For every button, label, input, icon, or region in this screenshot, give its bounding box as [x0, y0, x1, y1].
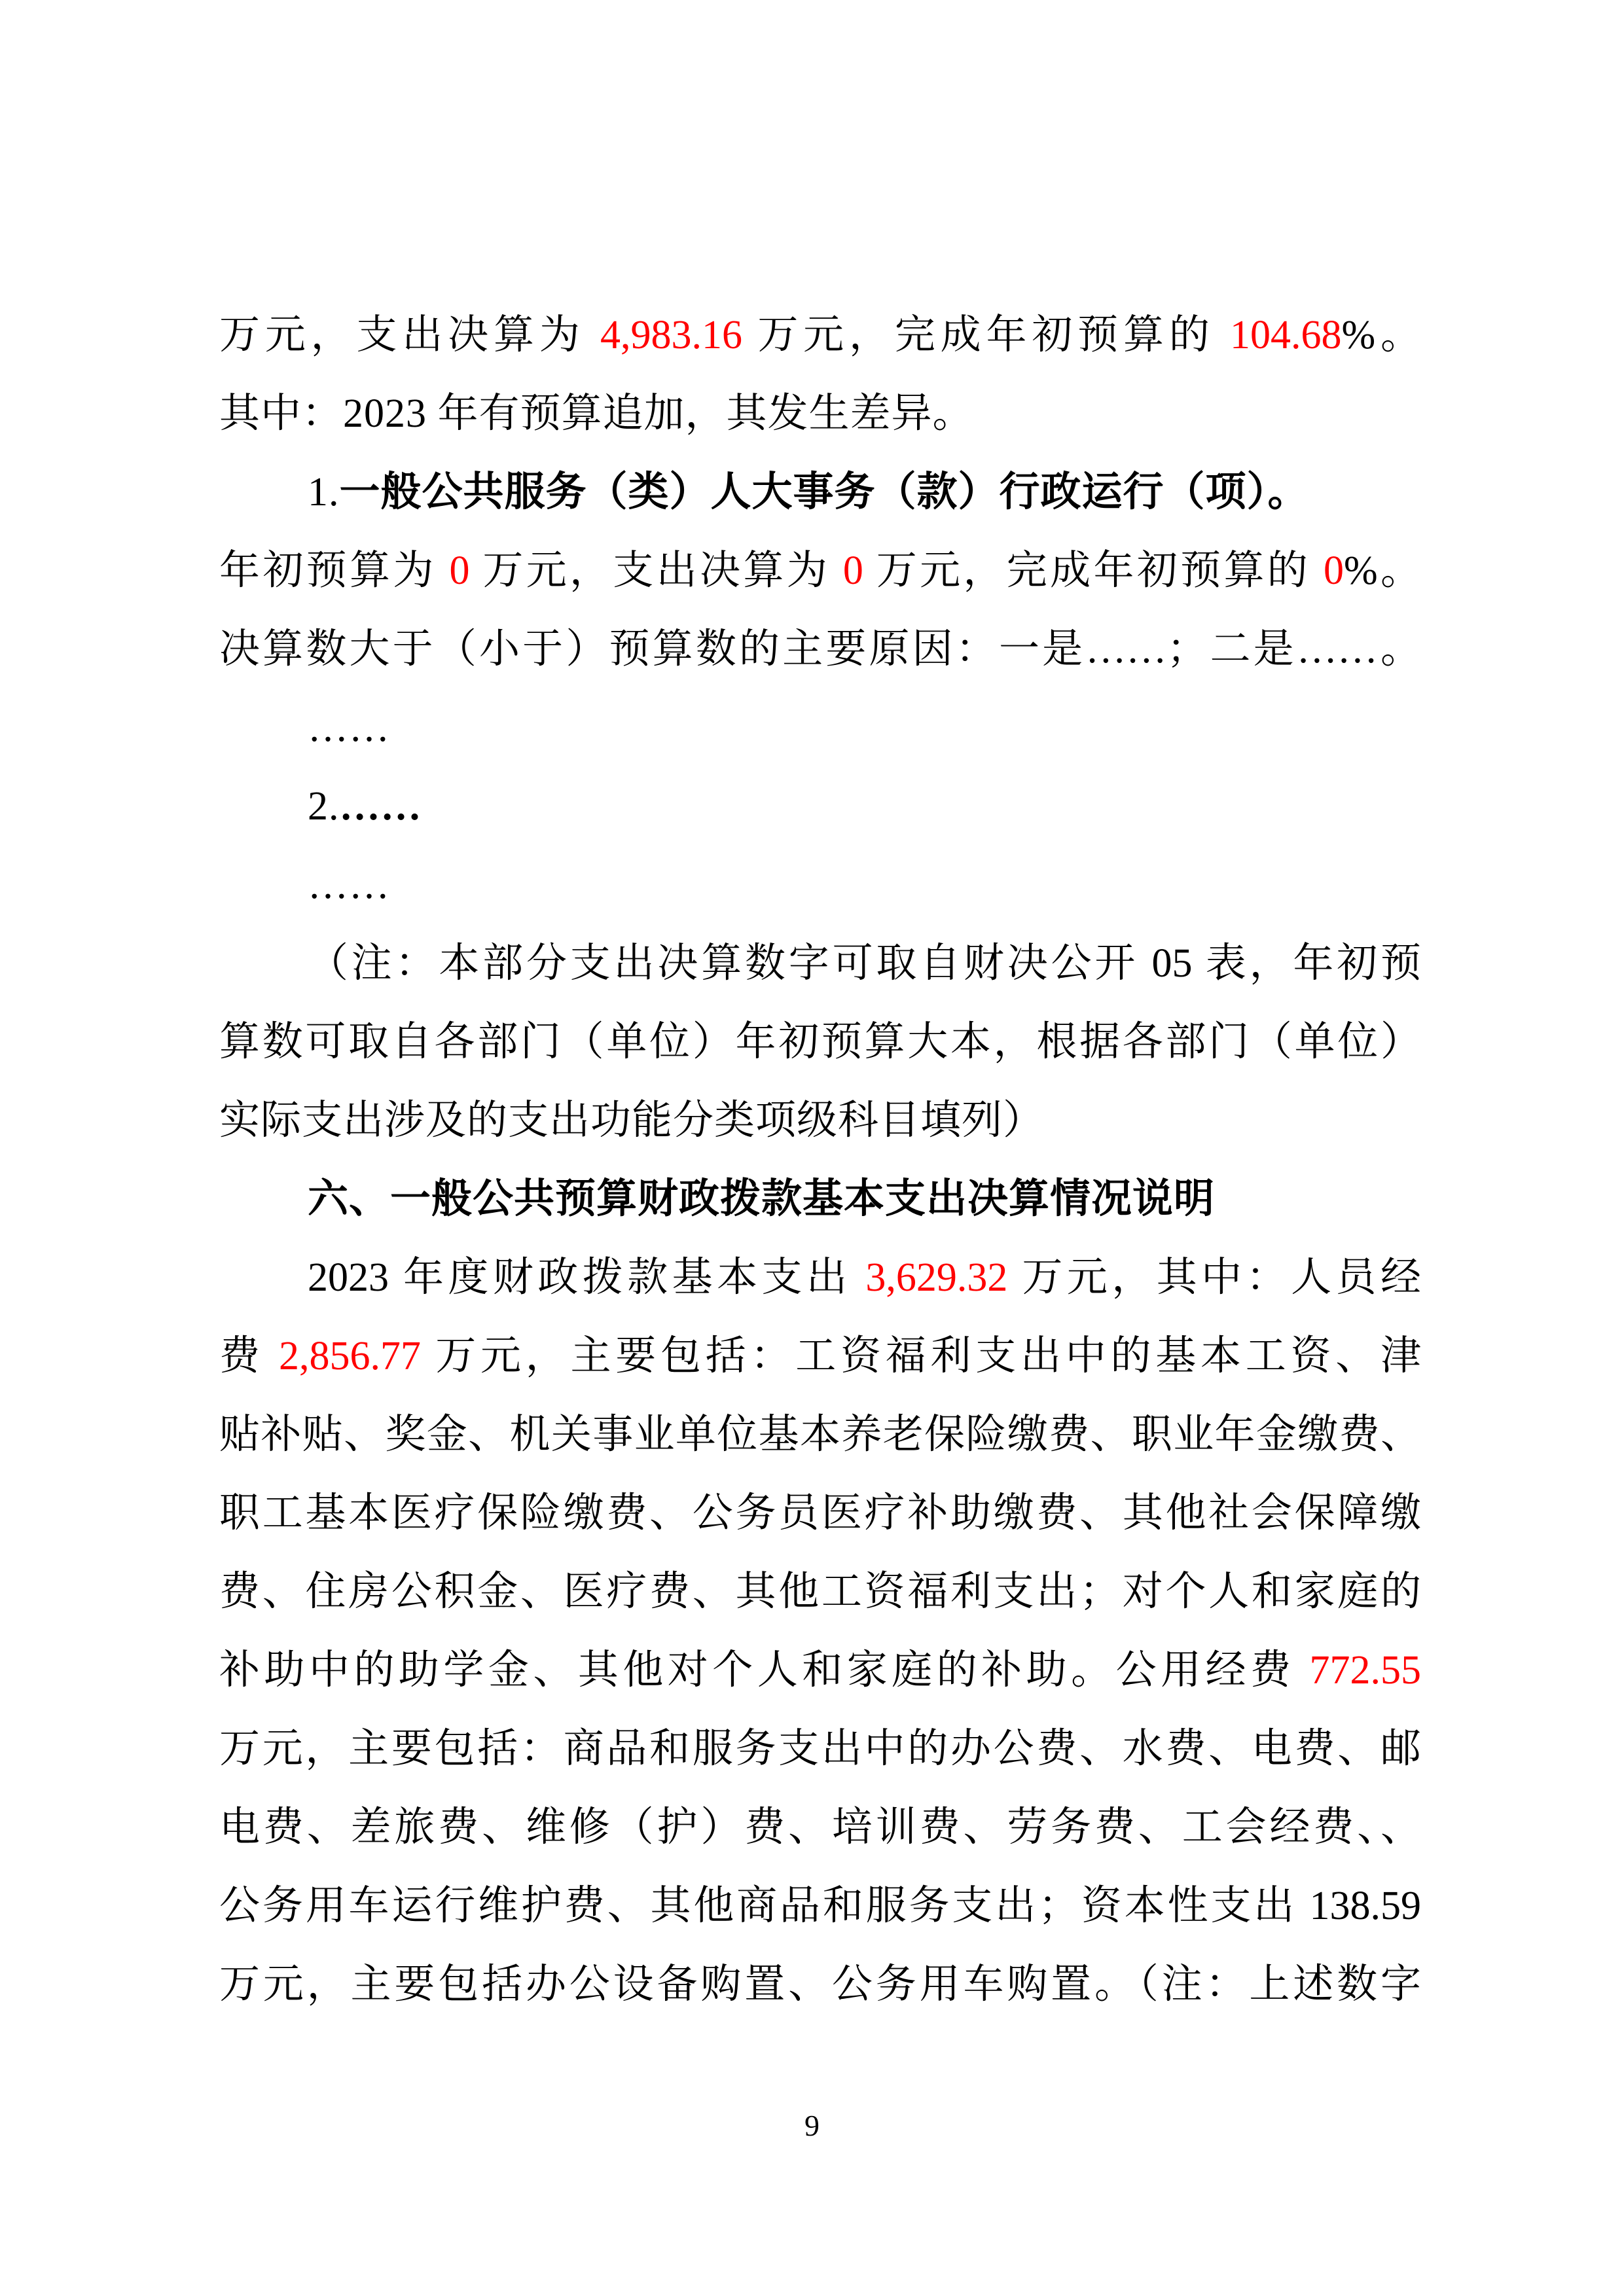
text-segment: 万元，主要包括：商品和服务支出中的办公费、水费、电费、邮 — [219, 1727, 1421, 1771]
page-number: 9 — [0, 2106, 1624, 2145]
highlight-value: 2,856.77 — [279, 1334, 421, 1378]
text-line: （注：本部分支出决算数字可取自财决公开 05 表，年初预 — [219, 924, 1421, 1003]
text-segment: 2023 年度财政拨款基本支出 — [308, 1255, 865, 1300]
text-line: 实际支出涉及的支出功能分类项级科目填列） — [219, 1081, 1421, 1160]
text-segment: 2. — [308, 784, 340, 829]
text-segment: 职工基本医疗保险缴费、公务员医疗补助缴费、其他社会保障缴 — [219, 1491, 1421, 1535]
document-body: 万元，支出决算为 4,983.16 万元，完成年初预算的 104.68%。其中：… — [219, 296, 1421, 2024]
text-segment: 万元，完成年初预算的 — [742, 313, 1230, 357]
text-line: …… — [219, 846, 1421, 924]
text-segment: 贴补贴、奖金、机关事业单位基本养老保险缴费、职业年金缴费、 — [219, 1412, 1421, 1457]
text-segment: …… — [340, 784, 422, 829]
text-segment: 费 — [219, 1334, 279, 1378]
text-segment: 万元，支出决算为 — [219, 313, 600, 357]
text-segment: 一般公共服务（类）人大事务（款）行政运行（项）。 — [340, 470, 1309, 514]
text-line: 万元，主要包括办公设备购置、公务用车购置。（注：上述数字 — [219, 1945, 1421, 2024]
text-line: 决算数大于（小于）预算数的主要原因：一是……；二是……。 — [219, 610, 1421, 689]
text-segment: %。 — [1342, 313, 1421, 357]
highlight-value: 772.55 — [1310, 1648, 1422, 1693]
text-segment: %。 — [1344, 548, 1421, 593]
text-segment: 万元，主要包括办公设备购置、公务用车购置。（注：上述数字 — [219, 1962, 1421, 2007]
text-segment: …… — [308, 863, 390, 907]
text-line: 2.…… — [219, 767, 1421, 846]
text-line: …… — [219, 689, 1421, 767]
text-segment: …… — [308, 706, 390, 750]
text-segment: 年初预算为 — [219, 548, 450, 593]
text-line: 年初预算为 0 万元，支出决算为 0 万元，完成年初预算的 0%。 — [219, 531, 1421, 610]
text-line: 贴补贴、奖金、机关事业单位基本养老保险缴费、职业年金缴费、 — [219, 1395, 1421, 1474]
text-segment: 万元，完成年初预算的 — [863, 548, 1324, 593]
highlight-value: 0 — [843, 548, 863, 593]
text-segment: 万元，主要包括：工资福利支出中的基本工资、津 — [421, 1334, 1421, 1378]
text-segment: 1. — [308, 470, 340, 514]
text-line: 费、住房公积金、医疗费、其他工资福利支出；对个人和家庭的 — [219, 1552, 1421, 1631]
text-segment: 电费、差旅费、维修（护）费、培训费、劳务费、工会经费、、 — [219, 1805, 1421, 1850]
document-page: 万元，支出决算为 4,983.16 万元，完成年初预算的 104.68%。其中：… — [0, 0, 1624, 2296]
highlight-value: 3,629.32 — [865, 1255, 1007, 1300]
text-segment: 费、住房公积金、医疗费、其他工资福利支出；对个人和家庭的 — [219, 1570, 1421, 1614]
text-segment: 实际支出涉及的支出功能分类项级科目填列） — [219, 1098, 1044, 1143]
text-segment: 万元，支出决算为 — [470, 548, 843, 593]
text-line: 公务用车运行维护费、其他商品和服务支出；资本性支出 138.59 — [219, 1867, 1421, 1945]
text-line: 1.一般公共服务（类）人大事务（款）行政运行（项）。 — [219, 453, 1421, 531]
text-line: 其中：2023 年有预算追加，其发生差异。 — [219, 374, 1421, 453]
highlight-value: 0 — [1324, 548, 1344, 593]
text-segment: 六、一般公共预算财政拨款基本支出决算情况说明 — [308, 1177, 1215, 1221]
highlight-value: 4,983.16 — [600, 313, 742, 357]
text-line: 2023 年度财政拨款基本支出 3,629.32 万元，其中：人员经 — [219, 1238, 1421, 1317]
text-line: 电费、差旅费、维修（护）费、培训费、劳务费、工会经费、、 — [219, 1788, 1421, 1867]
text-line: 补助中的助学金、其他对个人和家庭的补助。公用经费 772.55 — [219, 1631, 1421, 1710]
text-line: 算数可取自各部门（单位）年初预算大本，根据各部门（单位） — [219, 1003, 1421, 1081]
text-line: 费 2,856.77 万元，主要包括：工资福利支出中的基本工资、津 — [219, 1317, 1421, 1395]
text-segment: 其中：2023 年有预算追加，其发生差异。 — [219, 391, 974, 436]
text-segment: 算数可取自各部门（单位）年初预算大本，根据各部门（单位） — [219, 1020, 1421, 1064]
text-segment: 补助中的助学金、其他对个人和家庭的补助。公用经费 — [219, 1648, 1310, 1693]
text-line: 职工基本医疗保险缴费、公务员医疗补助缴费、其他社会保障缴 — [219, 1474, 1421, 1552]
highlight-value: 0 — [450, 548, 470, 593]
text-line: 六、一般公共预算财政拨款基本支出决算情况说明 — [219, 1160, 1421, 1238]
text-line: 万元，主要包括：商品和服务支出中的办公费、水费、电费、邮 — [219, 1710, 1421, 1788]
text-segment: 公务用车运行维护费、其他商品和服务支出；资本性支出 138.59 — [219, 1884, 1421, 1928]
text-segment: （注：本部分支出决算数字可取自财决公开 05 表，年初预 — [308, 941, 1421, 986]
text-segment: 万元，其中：人员经 — [1007, 1255, 1421, 1300]
text-segment: 决算数大于（小于）预算数的主要原因：一是……；二是……。 — [219, 627, 1421, 672]
highlight-value: 104.68 — [1230, 313, 1342, 357]
text-line: 万元，支出决算为 4,983.16 万元，完成年初预算的 104.68%。 — [219, 296, 1421, 374]
